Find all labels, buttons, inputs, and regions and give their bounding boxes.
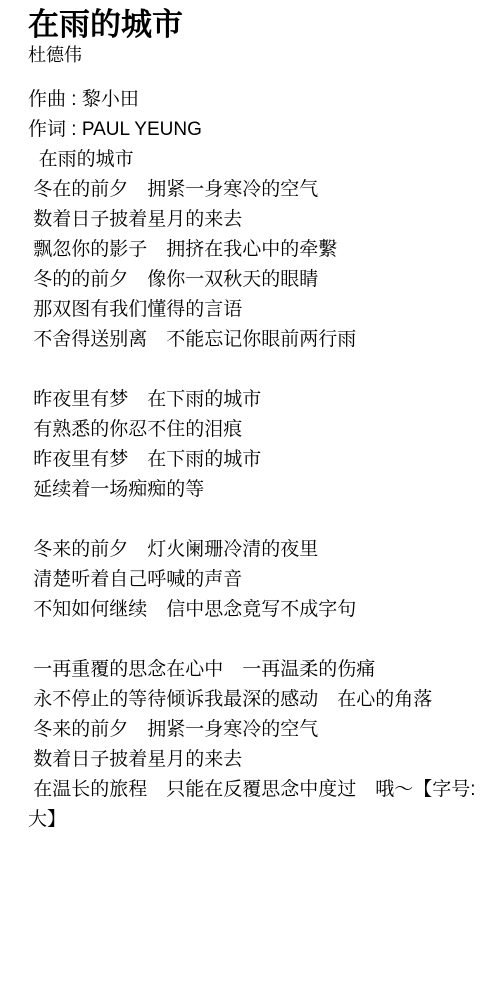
lyric-line: 不舍得送别离 不能忘记你眼前两行雨 bbox=[28, 325, 500, 355]
artist-name: 杜德伟 bbox=[28, 44, 500, 66]
lyric-line: 冬来的前夕 拥紧一身寒冷的空气 bbox=[28, 715, 500, 745]
lyric-line: 冬来的前夕 灯火阑珊冷清的夜里 bbox=[28, 535, 500, 565]
lyric-line: 一再重覆的思念在心中 一再温柔的伤痛 bbox=[28, 655, 500, 685]
lyric-line: 在温长的旅程 只能在反覆思念中度过 哦～【字号:大】 bbox=[28, 775, 500, 835]
lyrics-page: 在雨的城市 杜德伟 作曲 : 黎小田 作词 : PAUL YEUNG 在雨的城市… bbox=[0, 0, 500, 1000]
lyric-line-blank bbox=[28, 355, 500, 385]
lyric-line: 昨夜里有梦 在下雨的城市 bbox=[28, 445, 500, 475]
lyric-line: 冬在的前夕 拥紧一身寒冷的空气 bbox=[28, 175, 500, 205]
lyric-line: 飘忽你的影子 拥挤在我心中的牵繫 bbox=[28, 235, 500, 265]
lyric-line-blank bbox=[28, 625, 500, 655]
song-meta: 作曲 : 黎小田 作词 : PAUL YEUNG bbox=[28, 85, 500, 145]
lyric-line: 冬的的前夕 像你一双秋天的眼睛 bbox=[28, 265, 500, 295]
lyrics-body: 在雨的城市 冬在的前夕 拥紧一身寒冷的空气 数着日子披着星月的来去 飘忽你的影子… bbox=[28, 145, 500, 835]
lyricist-line: 作词 : PAUL YEUNG bbox=[28, 115, 500, 145]
lyric-line: 永不停止的等待倾诉我最深的感动 在心的角落 bbox=[28, 685, 500, 715]
lyric-line: 数着日子披着星月的来去 bbox=[28, 745, 500, 775]
lyric-line: 清楚听着自己呼喊的声音 bbox=[28, 565, 500, 595]
lyric-line: 不知如何继续 信中思念竟写不成字句 bbox=[28, 595, 500, 625]
lyric-line: 有熟悉的你忍不住的泪痕 bbox=[28, 415, 500, 445]
lyric-line: 数着日子披着星月的来去 bbox=[28, 205, 500, 235]
lyric-line: 在雨的城市 bbox=[28, 145, 500, 175]
lyric-line: 昨夜里有梦 在下雨的城市 bbox=[28, 385, 500, 415]
lyric-line: 延续着一场痴痴的等 bbox=[28, 475, 500, 505]
lyric-line-blank bbox=[28, 505, 500, 535]
lyric-line: 那双图有我们懂得的言语 bbox=[28, 295, 500, 325]
page-title: 在雨的城市 bbox=[28, 6, 500, 44]
composer-line: 作曲 : 黎小田 bbox=[28, 85, 500, 115]
